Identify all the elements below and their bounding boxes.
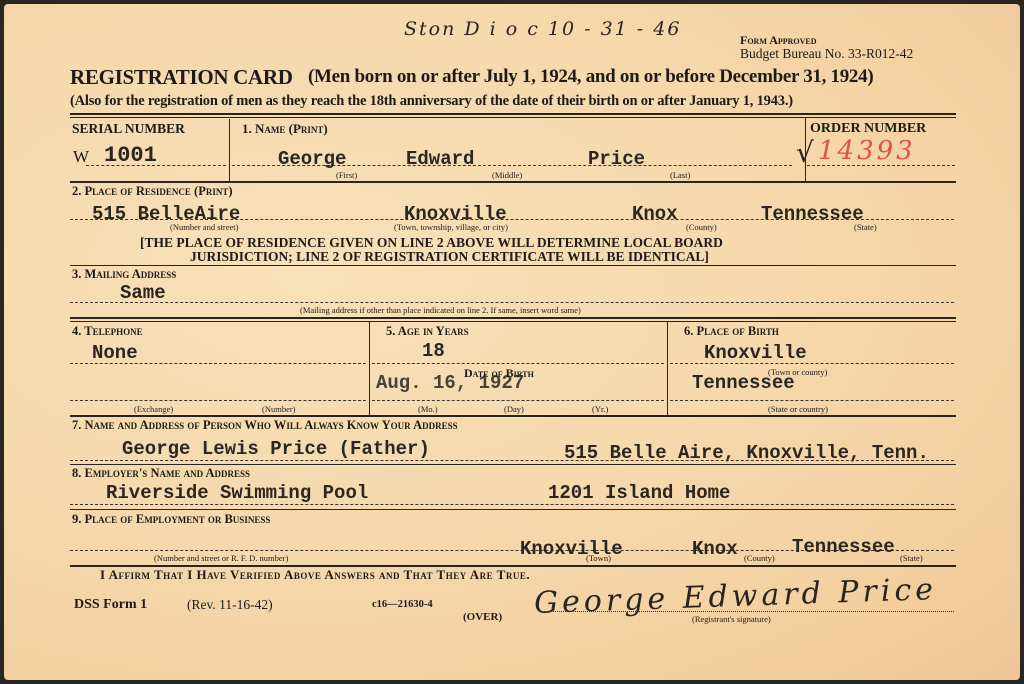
employment-town-caption: (Town) (586, 553, 611, 563)
employment-place-label: 9. Place of Employment or Business (72, 512, 270, 527)
state-caption: (State) (854, 222, 877, 232)
contact-person-label: 7. Name and Address of Person Who Will A… (72, 418, 458, 433)
middle-caption: (Middle) (492, 170, 522, 180)
birthplace-town-value: Knoxville (704, 342, 807, 364)
exchange-caption: (Exchange) (134, 404, 173, 414)
birthplace-state-value: Tennessee (692, 372, 795, 394)
order-number-label: ORDER NUMBER (810, 121, 926, 137)
employment-county-value: Knox (692, 538, 738, 560)
telephone-label: 4. Telephone (72, 324, 143, 339)
mailing-address-label: 3. Mailing Address (72, 267, 176, 282)
first-caption: (First) (336, 170, 357, 180)
county-caption: (County) (686, 222, 717, 232)
employer-address: 1201 Island Home (548, 482, 730, 504)
last-caption: (Last) (670, 170, 690, 180)
employment-state-caption: (State) (900, 553, 923, 563)
card-title-qualifier: (Men born on or after July 1, 1924, and … (308, 66, 873, 88)
residence-notice-line2: JURISDICTION; LINE 2 OF REGISTRATION CER… (190, 249, 709, 265)
middle-name-value: Edward (406, 148, 474, 170)
name-label: 1. Name (Print) (242, 121, 328, 137)
number-caption: (Number) (262, 404, 296, 414)
employment-county-caption: (County) (744, 553, 775, 563)
town-caption: (Town, township, village, or city) (394, 222, 508, 232)
contact-person-name: George Lewis Price (Father) (122, 438, 430, 460)
form-revision: (Rev. 11-16-42) (187, 597, 273, 613)
card-subtitle: (Also for the registration of men as the… (70, 93, 793, 110)
signature-caption: (Registrant's signature) (692, 614, 771, 624)
handwritten-note: Ston D i o c 10 - 31 - 46 (404, 18, 681, 40)
street-caption: (Number and street) (170, 222, 238, 232)
last-name-value: Price (588, 148, 645, 170)
residence-county-value: Knox (632, 203, 678, 225)
employment-state-value: Tennessee (792, 536, 895, 558)
serial-prefix: W (73, 147, 89, 167)
employer-name: Riverside Swimming Pool (106, 482, 368, 504)
residence-label: 2. Place of Residence (Print) (72, 184, 233, 199)
print-code: c16—21630-4 (372, 599, 433, 610)
month-caption: (Mo.) (418, 404, 438, 414)
order-number-value: 14393 (818, 136, 916, 166)
budget-bureau-number: Budget Bureau No. 33-R012-42 (740, 46, 913, 62)
day-caption: (Day) (504, 404, 524, 414)
first-name-value: George (278, 148, 346, 170)
birthplace-label: 6. Place of Birth (684, 324, 779, 339)
serial-number-label: SERIAL NUMBER (72, 121, 185, 137)
residence-state-value: Tennessee (761, 203, 864, 225)
affirmation-text: I Affirm That I Have Verified Above Answ… (100, 567, 530, 583)
employment-street-caption: (Number and street or R. F. D. number) (154, 553, 288, 563)
mailing-address-value: Same (120, 282, 166, 304)
date-of-birth-value: Aug. 16, 1927 (376, 372, 524, 394)
form-id: DSS Form 1 (74, 597, 147, 613)
over-label: (OVER) (463, 611, 502, 623)
card-title: REGISTRATION CARD (70, 65, 293, 90)
birthplace-state-caption: (State or country) (768, 404, 828, 414)
telephone-value: None (92, 342, 138, 364)
mailing-caption: (Mailing address if other than place ind… (300, 305, 581, 315)
year-caption: (Yr.) (592, 404, 608, 414)
age-value: 18 (422, 340, 445, 362)
employer-label: 8. Employer's Name and Address (72, 466, 250, 481)
registration-card: Ston D i o c 10 - 31 - 46 Form Approved … (4, 4, 1020, 680)
age-label: 5. Age in Years (386, 324, 469, 339)
